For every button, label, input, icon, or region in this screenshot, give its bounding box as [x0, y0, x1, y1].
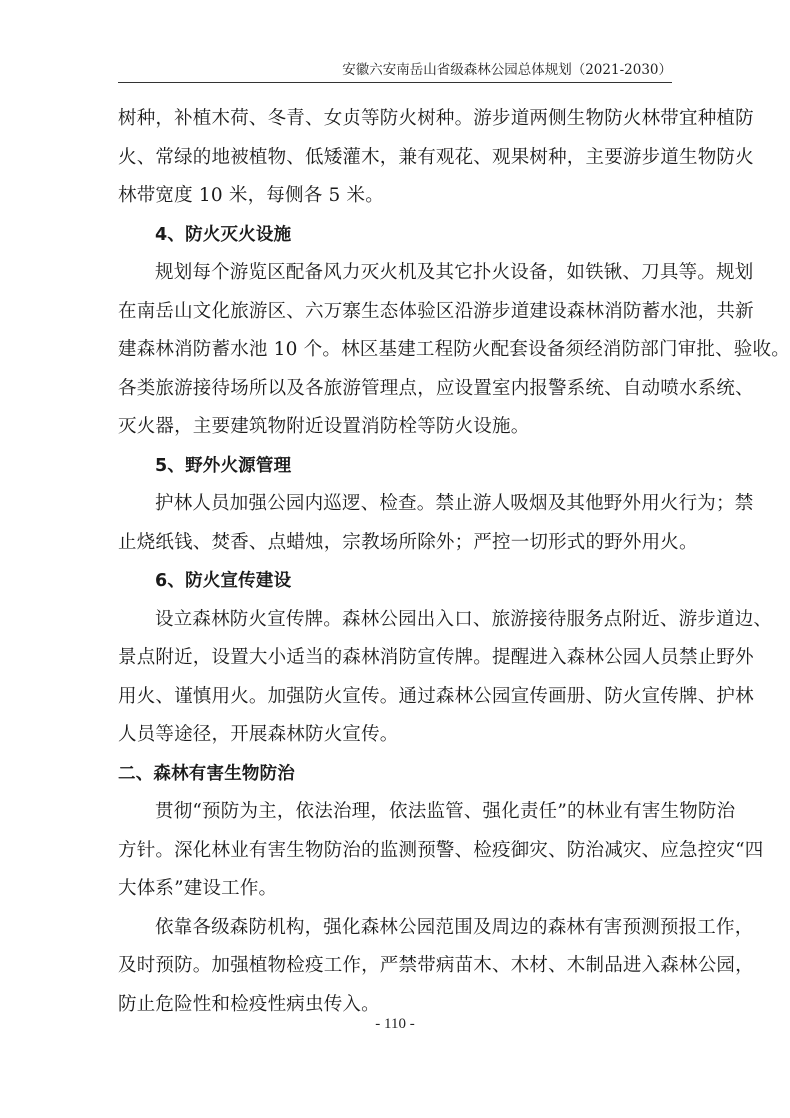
section-heading-fire-publicity: 6、防火宣传建设 [118, 562, 674, 601]
paragraph-line: 各类旅游接待场所以及各旅游管理点，应设置室内报警系统、自动喷水系统、 [118, 370, 674, 409]
paragraph-line: 在南岳山文化旅游区、六万寨生态体验区沿游步道建设森林消防蓄水池，共新 [118, 293, 674, 332]
paragraph-line: 方针。深化林业有害生物防治的监测预警、检疫御灾、防治减灾、应急控灾“四 [118, 832, 674, 871]
section-heading-fire-source: 5、野外火源管理 [118, 447, 674, 486]
paragraph-line: 火、常绿的地被植物、低矮灌木，兼有观花、观果树种，主要游步道生物防火 [118, 139, 674, 178]
paragraph-line: 景点附近，设置大小适当的森林消防宣传牌。提醒进入森林公园人员禁止野外 [118, 639, 674, 678]
page-number: - 110 - [0, 1016, 790, 1033]
paragraph-line: 人员等途径，开展森林防火宣传。 [118, 716, 674, 755]
running-header: 安徽六安南岳山省级森林公园总体规划（2021-2030） [118, 60, 672, 83]
paragraph-line: 树种，补植木荷、冬青、女贞等防火树种。游步道两侧生物防火林带宜种植防 [118, 100, 674, 139]
document-title: 安徽六安南岳山省级森林公园总体规划（2021-2030） [342, 62, 672, 78]
paragraph-line: 护林人员加强公园内巡逻、检查。禁止游人吸烟及其他野外用火行为；禁 [118, 485, 674, 524]
paragraph-line: 用火、谨慎用火。加强防火宣传。通过森林公园宣传画册、防火宣传牌、护林 [118, 678, 674, 717]
paragraph-line: 灭火器，主要建筑物附近设置消防栓等防火设施。 [118, 408, 674, 447]
paragraph-line: 依靠各级森防机构，强化森林公园范围及周边的森林有害预测预报工作， [118, 909, 674, 948]
paragraph-line: 止烧纸钱、焚香、点蜡烛，宗教场所除外；严控一切形式的野外用火。 [118, 524, 674, 563]
section-heading-fire-facilities: 4、防火灭火设施 [118, 216, 674, 255]
paragraph-line: 建森林消防蓄水池 10 个。林区基建工程防火配套设备须经消防部门审批、验收。 [118, 331, 674, 370]
paragraph-line: 贯彻“预防为主，依法治理，依法监管、强化责任”的林业有害生物防治 [118, 793, 674, 832]
paragraph-line: 及时预防。加强植物检疫工作，严禁带病苗木、木材、木制品进入森林公园， [118, 947, 674, 986]
section-heading-pest-control: 二、森林有害生物防治 [118, 755, 674, 794]
paragraph-line: 林带宽度 10 米，每侧各 5 米。 [118, 177, 674, 216]
paragraph-line: 大体系”建设工作。 [118, 870, 674, 909]
page-body: 树种，补植木荷、冬青、女贞等防火树种。游步道两侧生物防火林带宜种植防 火、常绿的… [118, 100, 674, 1024]
paragraph-line: 设立森林防火宣传牌。森林公园出入口、旅游接待服务点附近、游步道边、 [118, 601, 674, 640]
paragraph-line: 规划每个游览区配备风力灭火机及其它扑火设备，如铁锹、刀具等。规划 [118, 254, 674, 293]
